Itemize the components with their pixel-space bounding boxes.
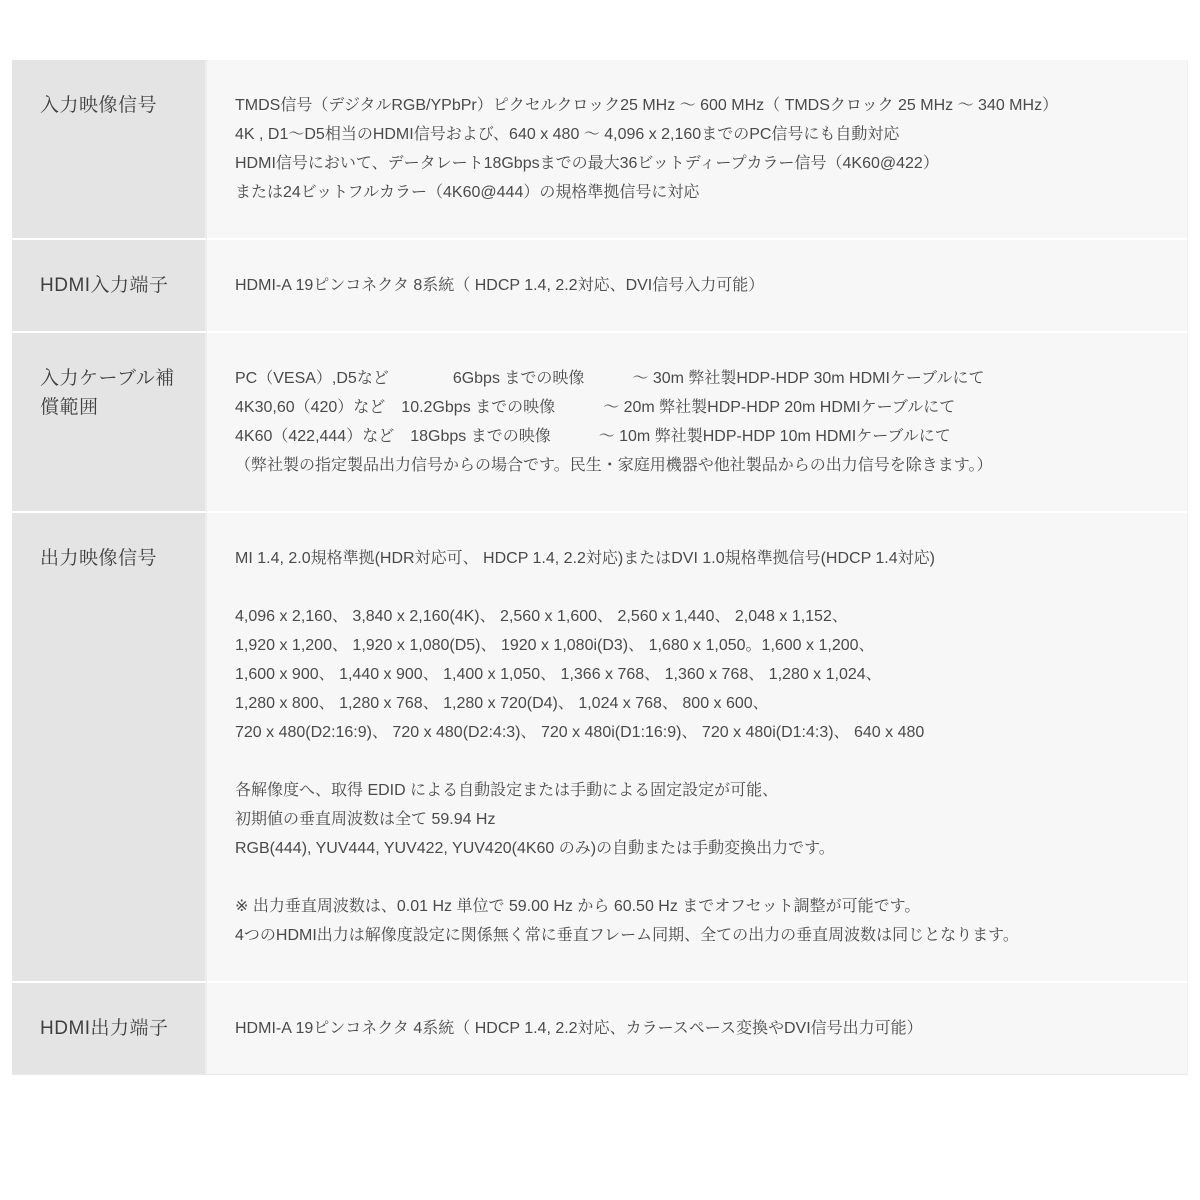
spec-row-value-line: または24ビットフルカラー（4K60@444）の規格準拠信号に対応 (235, 178, 1163, 207)
spec-row: HDMI入力端子HDMI-A 19ピンコネクタ 8系統（ HDCP 1.4, 2… (12, 240, 1188, 333)
spec-row: HDMI出力端子HDMI-A 19ピンコネクタ 4系統（ HDCP 1.4, 2… (12, 983, 1188, 1075)
spec-row-label-line: 出力映像信号 (40, 544, 185, 573)
spec-row: 入力映像信号TMDS信号（デジタルRGB/YPbPr）ピクセルクロック25 MH… (12, 60, 1188, 240)
spec-row-label-line: HDMI出力端子 (40, 1014, 185, 1043)
spec-row-label-line: HDMI入力端子 (40, 271, 185, 300)
spec-row-label: 入力ケーブル補償範囲 (12, 333, 207, 513)
spec-row-value-line: 4K30,60（420）など 10.2Gbps までの映像 ～ 20m 弊社製H… (235, 393, 1163, 422)
spec-row-value-line: 4,096 x 2,160、 3,840 x 2,160(4K)、 2,560 … (235, 602, 1163, 631)
spec-row-value-line: 初期値の垂直周波数は全て 59.94 Hz (235, 805, 1163, 834)
spec-row-value-line: 4K60（422,444）など 18Gbps までの映像 ～ 10m 弊社製HD… (235, 422, 1163, 451)
spec-row-value: PC（VESA）,D5など 6Gbps までの映像 ～ 30m 弊社製HDP-H… (207, 333, 1188, 513)
spec-row-value: MI 1.4, 2.0規格準拠(HDR対応可、 HDCP 1.4, 2.2対応)… (207, 513, 1188, 983)
spec-row-label-line: 入力映像信号 (40, 91, 185, 120)
spec-row-value-line: HDMI-A 19ピンコネクタ 4系統（ HDCP 1.4, 2.2対応、カラー… (235, 1014, 1163, 1043)
spec-row-value-line (235, 863, 1163, 892)
spec-row-value: HDMI-A 19ピンコネクタ 4系統（ HDCP 1.4, 2.2対応、カラー… (207, 983, 1188, 1075)
spec-row-value-line: 1,280 x 800、 1,280 x 768、 1,280 x 720(D4… (235, 689, 1163, 718)
spec-row-value-line (235, 747, 1163, 776)
spec-row-value-line: MI 1.4, 2.0規格準拠(HDR対応可、 HDCP 1.4, 2.2対応)… (235, 544, 1163, 573)
spec-row-value-line: 4つのHDMI出力は解像度設定に関係無く常に垂直フレーム同期、全ての出力の垂直周… (235, 921, 1163, 950)
spec-row-value: HDMI-A 19ピンコネクタ 8系統（ HDCP 1.4, 2.2対応、DVI… (207, 240, 1188, 333)
spec-row-value: TMDS信号（デジタルRGB/YPbPr）ピクセルクロック25 MHz ～ 60… (207, 60, 1188, 240)
spec-row-label-line: 償範囲 (40, 393, 185, 422)
spec-row: 出力映像信号MI 1.4, 2.0規格準拠(HDR対応可、 HDCP 1.4, … (12, 513, 1188, 983)
spec-row-label: 入力映像信号 (12, 60, 207, 240)
spec-table-container: 入力映像信号TMDS信号（デジタルRGB/YPbPr）ピクセルクロック25 MH… (12, 60, 1188, 1075)
spec-row-value-line: TMDS信号（デジタルRGB/YPbPr）ピクセルクロック25 MHz ～ 60… (235, 91, 1163, 120)
spec-row-value-line: HDMI-A 19ピンコネクタ 8系統（ HDCP 1.4, 2.2対応、DVI… (235, 271, 1163, 300)
spec-row: 入力ケーブル補償範囲PC（VESA）,D5など 6Gbps までの映像 ～ 30… (12, 333, 1188, 513)
spec-row-value-line: 各解像度へ、取得 EDID による自動設定または手動による固定設定が可能、 (235, 776, 1163, 805)
spec-row-value-line: 1,920 x 1,200、 1,920 x 1,080(D5)、 1920 x… (235, 631, 1163, 660)
spec-row-value-line: 1,600 x 900、 1,440 x 900、 1,400 x 1,050、… (235, 660, 1163, 689)
spec-row-value-line: 4K , D1～D5相当のHDMI信号および、640 x 480 ～ 4,096… (235, 120, 1163, 149)
spec-table: 入力映像信号TMDS信号（デジタルRGB/YPbPr）ピクセルクロック25 MH… (12, 60, 1188, 1075)
spec-row-label: 出力映像信号 (12, 513, 207, 983)
spec-row-value-line: 720 x 480(D2:16:9)、 720 x 480(D2:4:3)、 7… (235, 718, 1163, 747)
spec-row-label-line: 入力ケーブル補 (40, 364, 185, 393)
spec-row-value-line (235, 573, 1163, 602)
page: 入力映像信号TMDS信号（デジタルRGB/YPbPr）ピクセルクロック25 MH… (0, 0, 1200, 1200)
spec-table-body: 入力映像信号TMDS信号（デジタルRGB/YPbPr）ピクセルクロック25 MH… (12, 60, 1188, 1075)
spec-row-value-line: RGB(444), YUV444, YUV422, YUV420(4K60 のみ… (235, 834, 1163, 863)
spec-row-value-line: （弊社製の指定製品出力信号からの場合です。民生・家庭用機器や他社製品からの出力信… (235, 451, 1163, 480)
spec-row-value-line: ※ 出力垂直周波数は、0.01 Hz 単位で 59.00 Hz から 60.50… (235, 892, 1163, 921)
spec-row-value-line: HDMI信号において、データレート18Gbpsまでの最大36ビットディープカラー… (235, 149, 1163, 178)
spec-row-label: HDMI入力端子 (12, 240, 207, 333)
spec-row-label: HDMI出力端子 (12, 983, 207, 1075)
spec-row-value-line: PC（VESA）,D5など 6Gbps までの映像 ～ 30m 弊社製HDP-H… (235, 364, 1163, 393)
